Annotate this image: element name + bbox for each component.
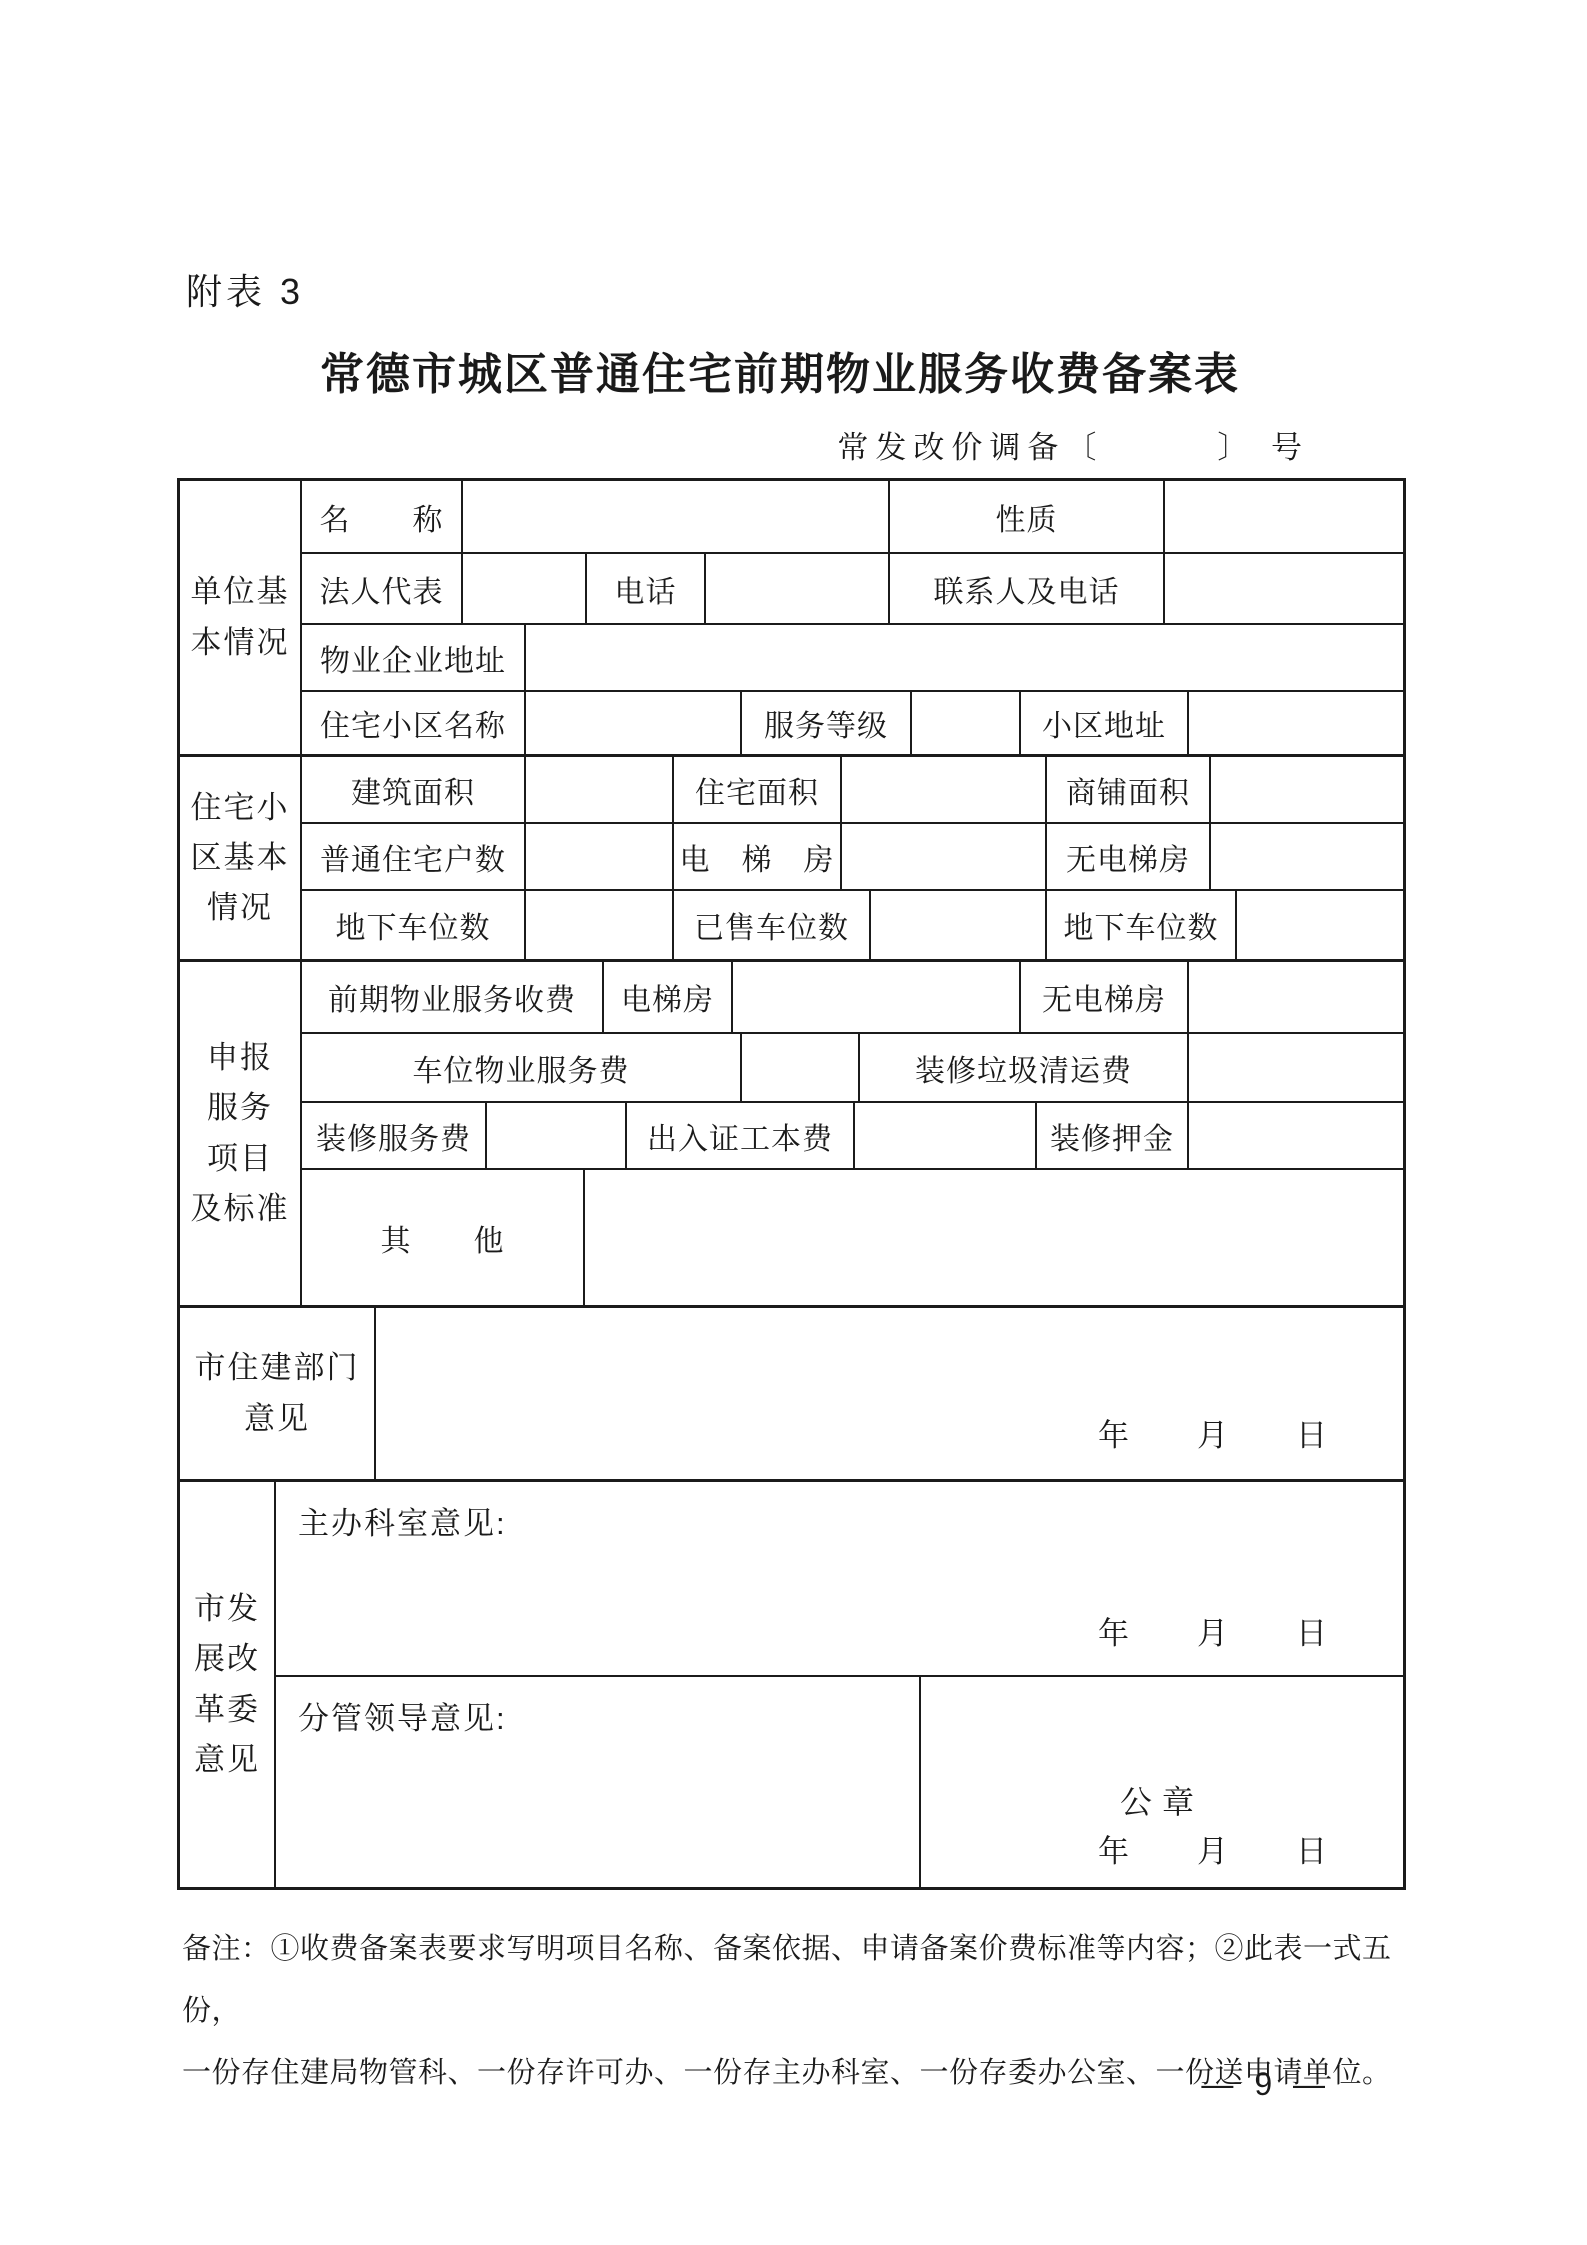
label-no-elevator-units: 无电梯房: [1047, 824, 1211, 889]
page-number: — 9 —: [1201, 2066, 1331, 2103]
label-service-level: 服务等级: [742, 692, 912, 754]
label-community-address: 小区地址: [1021, 692, 1189, 754]
label-elevator-units: 电 梯 房: [674, 824, 842, 889]
row-office-opinion: 主办科室意见: 年 月 日: [276, 1482, 1403, 1677]
field-company-address: [526, 625, 1403, 690]
field-sold-parking: [871, 891, 1047, 959]
label-legal-rep: 法人代表: [302, 554, 463, 623]
section-label-declared: 申报 服务 项目 及标准: [180, 962, 302, 1305]
field-garbage-fee: [1189, 1034, 1403, 1101]
row-leader-opinion: 分管领导意见: 公章 年 月 日: [276, 1677, 1403, 1887]
page-title: 常德市城区普通住宅前期物业服务收费备案表: [0, 338, 1560, 402]
field-leader-opinion: 分管领导意见:: [276, 1677, 921, 1887]
official-seal-label: 公章: [1120, 1777, 1204, 1823]
document-page: 附表 3 常德市城区普通住宅前期物业服务收费备案表 常发改价调备〔 〕 号 单位…: [0, 0, 1587, 2245]
field-phone: [706, 554, 890, 623]
label-phone: 电话: [587, 554, 706, 623]
field-community-name: [526, 692, 742, 754]
label-company-address: 物业企业地址: [302, 625, 526, 690]
office-date-line: 年 月 日: [1098, 1608, 1329, 1653]
section-declared-services: 申报 服务 项目 及标准 前期物业服务收费 电梯房 无电梯房 车位物业服务费 装…: [180, 959, 1403, 1305]
section-unit-basic-info: 单位基 本情况 名 称 性质 法人代表 电话 联系人及电话 物业: [180, 481, 1403, 754]
field-prephase-elevator: [733, 962, 1021, 1032]
label-other: 其 他: [302, 1170, 585, 1305]
field-elevator-units: [842, 824, 1047, 889]
row-other: 其 他: [302, 1170, 1403, 1305]
field-renovation-deposit: [1189, 1103, 1403, 1168]
doc-number: 常发改价调备〔 〕 号: [837, 422, 1309, 467]
field-company-name: [463, 481, 890, 552]
row-areas: 建筑面积 住宅面积 商铺面积: [302, 757, 1403, 824]
label-contact-phone: 联系人及电话: [890, 554, 1165, 623]
field-underground-parking-2: [1237, 891, 1403, 959]
row-parking: 地下车位数 已售车位数 地下车位数: [302, 891, 1403, 959]
section-label-drc: 市发 展改 革委 意见: [180, 1482, 276, 1887]
label-underground-parking-2: 地下车位数: [1047, 891, 1237, 959]
filing-form-table: 单位基 本情况 名 称 性质 法人代表 电话 联系人及电话 物业: [177, 478, 1406, 1890]
leader-opinion-label: 分管领导意见:: [298, 1693, 507, 1738]
field-service-level: [912, 692, 1021, 754]
footnote-line-1: 备注：①收费备案表要求写明项目名称、备案依据、申请备案价费标准等内容；②此表一式…: [182, 1918, 1442, 2042]
label-pass-fee: 出入证工本费: [627, 1103, 855, 1168]
section-label-housing-dept: 市住建部门 意见: [180, 1308, 376, 1479]
field-office-opinion: 主办科室意见: 年 月 日: [276, 1482, 1403, 1675]
label-parking-fee: 车位物业服务费: [302, 1034, 742, 1101]
field-other: [585, 1170, 1403, 1305]
field-contact-phone: [1165, 554, 1403, 623]
row-community-name: 住宅小区名称 服务等级 小区地址: [302, 692, 1403, 754]
field-no-elevator-units: [1211, 824, 1403, 889]
section-community-basic-info: 住宅小 区基本 情况 建筑面积 住宅面积 商铺面积 普通住宅户数 电 梯 房 无…: [180, 754, 1403, 959]
label-prephase-elevator: 电梯房: [604, 962, 733, 1032]
field-community-address: [1189, 692, 1403, 754]
label-prephase-no-elevator: 无电梯房: [1021, 962, 1189, 1032]
field-underground-parking: [526, 891, 674, 959]
label-community-name: 住宅小区名称: [302, 692, 526, 754]
row-company-address: 物业企业地址: [302, 625, 1403, 692]
label-company-name: 名 称: [302, 481, 463, 552]
field-shop-area: [1211, 757, 1403, 822]
label-residential-area: 住宅面积: [674, 757, 842, 822]
row-parking-fee: 车位物业服务费 装修垃圾清运费: [302, 1034, 1403, 1103]
row-households: 普通住宅户数 电 梯 房 无电梯房: [302, 824, 1403, 891]
attachment-label: 附表 3: [186, 264, 304, 315]
section-housing-dept-opinion: 市住建部门 意见 年 月 日: [180, 1305, 1403, 1479]
field-households: [526, 824, 674, 889]
housing-date-line: 年 月 日: [1098, 1410, 1329, 1455]
section-drc-opinion: 市发 展改 革委 意见 主办科室意见: 年 月 日 分管领导意见: 公章 年 月…: [180, 1479, 1403, 1887]
label-underground-parking: 地下车位数: [302, 891, 526, 959]
field-seal-area: 公章 年 月 日: [921, 1677, 1403, 1887]
office-opinion-label: 主办科室意见:: [298, 1498, 507, 1543]
field-residential-area: [842, 757, 1047, 822]
field-housing-opinion: 年 月 日: [376, 1308, 1403, 1479]
label-nature: 性质: [890, 481, 1165, 552]
field-nature: [1165, 481, 1403, 552]
label-sold-parking: 已售车位数: [674, 891, 871, 959]
section-label-unit: 单位基 本情况: [180, 481, 302, 754]
field-pass-fee: [855, 1103, 1037, 1168]
label-prephase-fee: 前期物业服务收费: [302, 962, 604, 1032]
leader-date-line: 年 月 日: [1098, 1826, 1329, 1871]
section-label-community: 住宅小 区基本 情况: [180, 757, 302, 959]
label-shop-area: 商铺面积: [1047, 757, 1211, 822]
label-building-area: 建筑面积: [302, 757, 526, 822]
label-households: 普通住宅户数: [302, 824, 526, 889]
row-renovation-fees: 装修服务费 出入证工本费 装修押金: [302, 1103, 1403, 1170]
row-housing-opinion: 年 月 日: [376, 1308, 1403, 1479]
row-prephase-fee: 前期物业服务收费 电梯房 无电梯房: [302, 962, 1403, 1034]
field-parking-fee: [742, 1034, 860, 1101]
field-renovation-fee: [487, 1103, 627, 1168]
field-prephase-no-elevator: [1189, 962, 1403, 1032]
row-name-nature: 名 称 性质: [302, 481, 1403, 554]
row-legal-rep: 法人代表 电话 联系人及电话: [302, 554, 1403, 625]
field-legal-rep: [463, 554, 587, 623]
label-garbage-fee: 装修垃圾清运费: [860, 1034, 1189, 1101]
label-renovation-fee: 装修服务费: [302, 1103, 487, 1168]
field-building-area: [526, 757, 674, 822]
label-renovation-deposit: 装修押金: [1037, 1103, 1189, 1168]
